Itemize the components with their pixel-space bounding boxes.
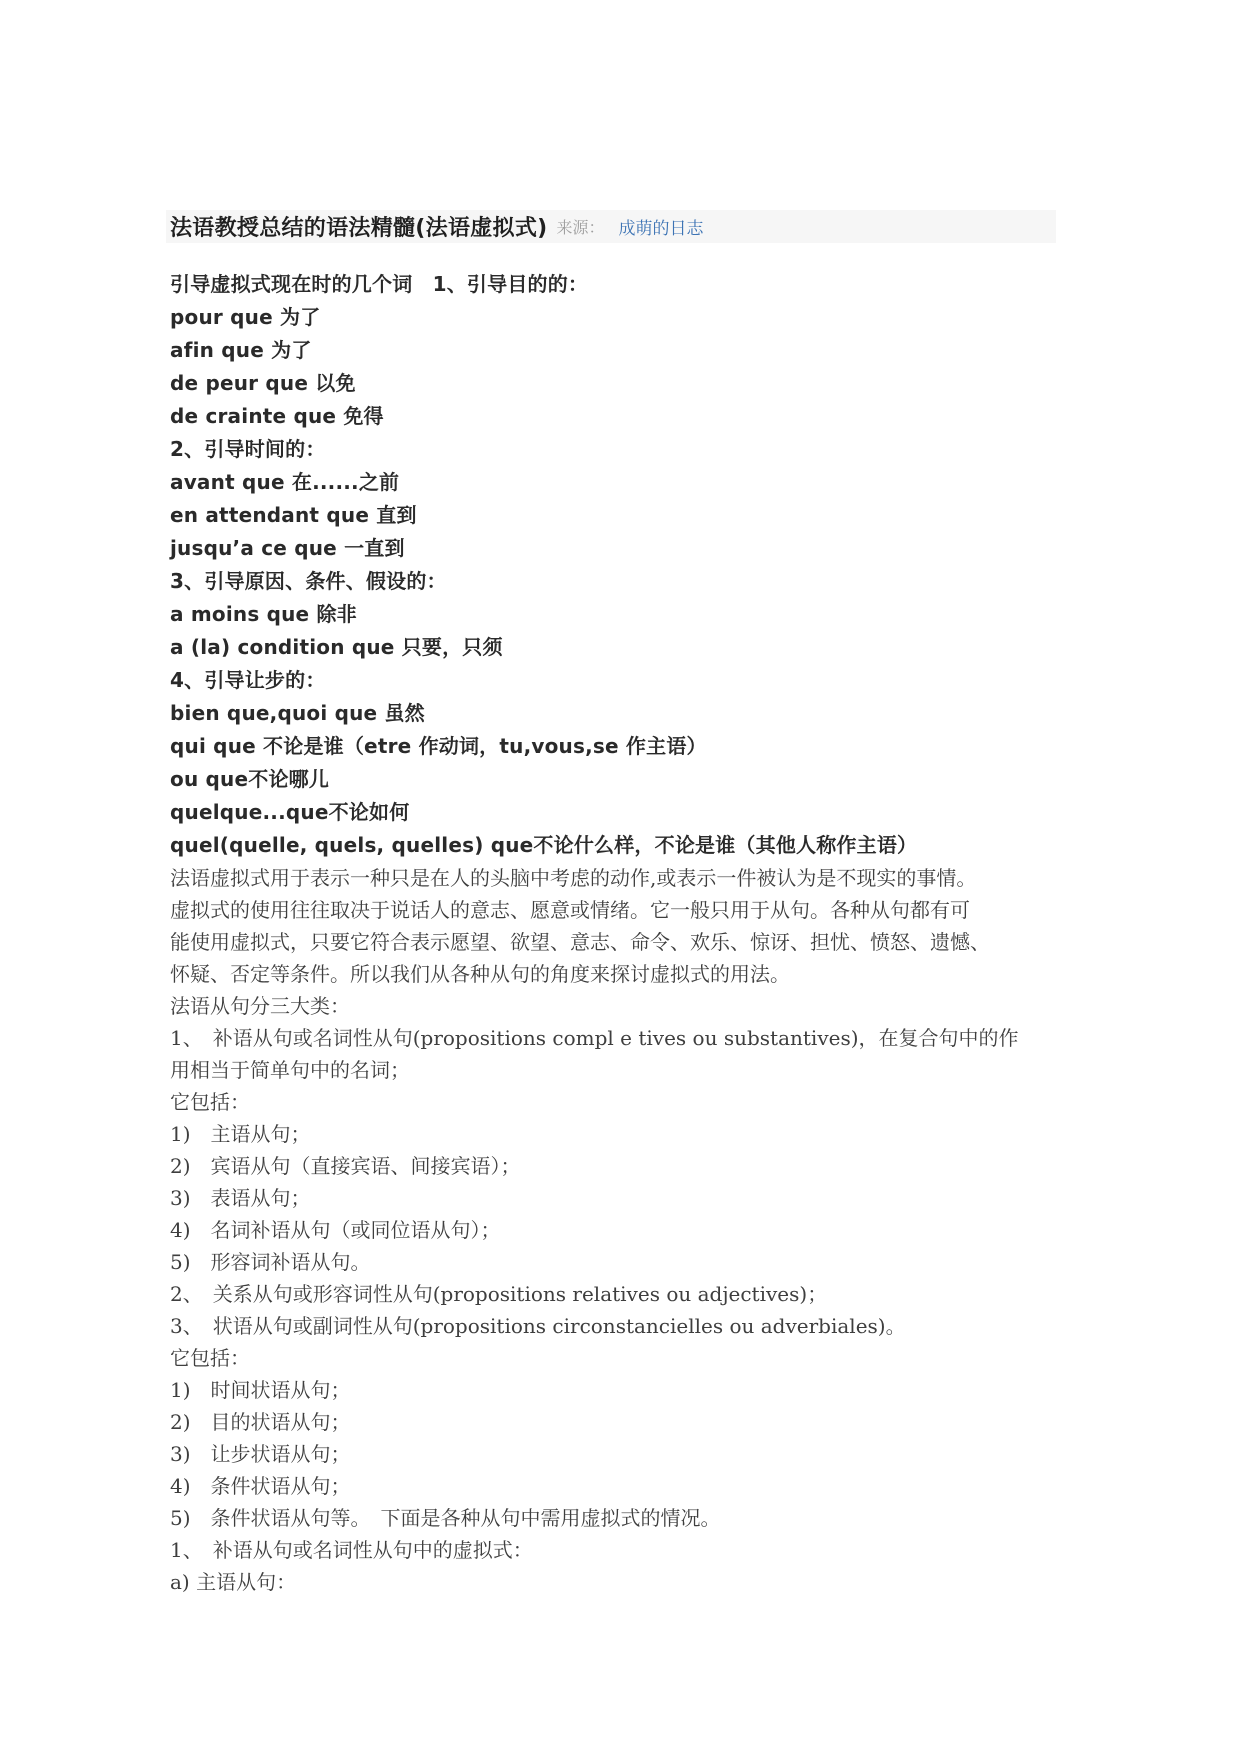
text-line: 虚拟式的使用往往取决于说话人的意志、愿意或情绪。它一般只用于从句。各种从句都有可 xyxy=(170,894,1120,926)
text-line: 能使用虚拟式，只要它符合表示愿望、欲望、意志、命令、欢乐、惊讶、担忧、愤怒、遗憾… xyxy=(170,926,1120,958)
text-line: avant que 在......之前 xyxy=(170,466,1120,499)
text-line: de peur que 以免 xyxy=(170,367,1120,400)
text-line: 法语从句分三大类： xyxy=(170,990,1120,1022)
source-link[interactable]: 成萌的日志 xyxy=(619,214,704,239)
text-line: 2、 关系从句或形容词性从句(propositions relatives ou… xyxy=(170,1278,1120,1310)
text-line: jusqu’a ce que 一直到 xyxy=(170,532,1120,565)
text-line: quel(quelle, quels, quelles) que不论什么样，不论… xyxy=(170,829,1120,862)
text-line: 4) 条件状语从句； xyxy=(170,1470,1120,1502)
text-line: a moins que 除非 xyxy=(170,598,1120,631)
text-line: 3、引导原因、条件、假设的： xyxy=(170,565,1120,598)
text-line: pour que 为了 xyxy=(170,301,1120,334)
text-line: 它包括： xyxy=(170,1342,1120,1374)
text-line: 用相当于简单句中的名词； xyxy=(170,1054,1120,1086)
text-line: a (la) condition que 只要，只须 xyxy=(170,631,1120,664)
text-line: ou que不论哪儿 xyxy=(170,763,1120,796)
text-line: 1) 时间状语从句； xyxy=(170,1374,1120,1406)
document-page: 法语教授总结的语法精髓(法语虚拟式) 来源： 成萌的日志 引导虚拟式现在时的几个… xyxy=(0,0,1241,1754)
text-line: 3) 让步状语从句； xyxy=(170,1438,1120,1470)
text-line: bien que,quoi que 虽然 xyxy=(170,697,1120,730)
text-line: en attendant que 直到 xyxy=(170,499,1120,532)
text-line: 怀疑、否定等条件。所以我们从各种从句的角度来探讨虚拟式的用法。 xyxy=(170,958,1120,990)
source-label: 来源： xyxy=(557,215,605,238)
text-line: afin que 为了 xyxy=(170,334,1120,367)
text-line: 4、引导让步的： xyxy=(170,664,1120,697)
text-line: 3、 状语从句或副词性从句(propositions circonstancie… xyxy=(170,1310,1120,1342)
text-line: 5) 形容词补语从句。 xyxy=(170,1246,1120,1278)
text-line: a) 主语从句： xyxy=(170,1566,1120,1598)
text-line: 1) 主语从句； xyxy=(170,1118,1120,1150)
text-line: 1、 补语从句或名词性从句(propositions compl e tives… xyxy=(170,1022,1120,1054)
text-line: 2、引导时间的： xyxy=(170,433,1120,466)
text-line: 4) 名词补语从句（或同位语从句）； xyxy=(170,1214,1120,1246)
text-line: de crainte que 免得 xyxy=(170,400,1120,433)
page-title: 法语教授总结的语法精髓(法语虚拟式) xyxy=(166,211,548,242)
text-line: 引导虚拟式现在时的几个词 1、引导目的的： xyxy=(170,268,1120,301)
article-body: 引导虚拟式现在时的几个词 1、引导目的的：pour que 为了afin que… xyxy=(170,268,1120,1598)
text-line: 5) 条件状语从句等。 下面是各种从句中需用虚拟式的情况。 xyxy=(170,1502,1120,1534)
text-line: quelque...que不论如何 xyxy=(170,796,1120,829)
text-line: 2) 目的状语从句； xyxy=(170,1406,1120,1438)
text-line: 1、 补语从句或名词性从句中的虚拟式： xyxy=(170,1534,1120,1566)
text-line: 3) 表语从句； xyxy=(170,1182,1120,1214)
text-line: 2) 宾语从句（直接宾语、间接宾语）； xyxy=(170,1150,1120,1182)
text-line: 它包括： xyxy=(170,1086,1120,1118)
text-line: qui que 不论是谁（etre 作动词，tu,vous,se 作主语） xyxy=(170,730,1120,763)
text-line: 法语虚拟式用于表示一种只是在人的头脑中考虑的动作,或表示一件被认为是不现实的事情… xyxy=(170,862,1120,894)
article-header: 法语教授总结的语法精髓(法语虚拟式) 来源： 成萌的日志 xyxy=(166,210,1056,243)
